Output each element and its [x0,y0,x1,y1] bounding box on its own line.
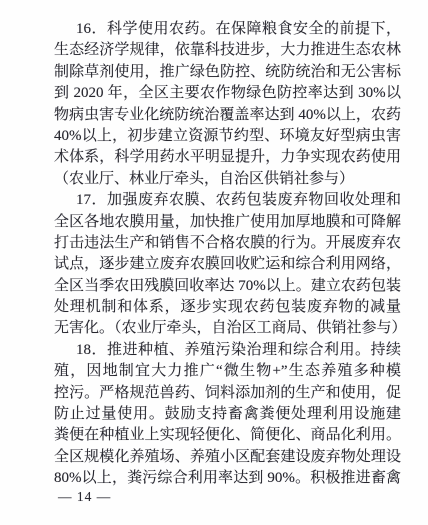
text-line: 制除草剂使用，推广绿色防控、统防统治和无公害标准化生产， [54,62,401,83]
text-line: 控污。严格规范兽药、饲料添加剂的生产和使用，促进源头减量， [54,383,401,404]
text-line: 17．加强废弃农膜、农药包装废弃物回收处理和利用。摸清 [54,190,401,211]
text-line: 全区规模化养殖场、养殖小区配套建设废弃物处理设施比例达到 [54,447,401,468]
text-line: 全区各地农膜用量，加快推广使用加厚地膜和可降解农膜，严厉 [54,212,401,233]
text-line: 粪便在种植业上实现轻便化、简便化、商品化利用。到 2020 年， [54,425,401,446]
text-line: 殖，因地制宜大力推广“微生物+”生态养殖多种模式，加强节水 [54,361,401,382]
text-line: 40%以上，初步建立资源节约型、环境友好型病虫害可持续治理技 [54,126,401,147]
text-line: 生态经济学规律，依靠科技进步，大力推进生态农林业，科学控 [54,40,401,61]
paragraph-item-17: 17．加强废弃农膜、农药包装废弃物回收处理和利用。摸清全区各地农膜用量，加快推广… [54,190,401,340]
text-line: 打击违法生产和销售不合格农膜的行为。开展废弃农膜回收利用 [54,233,401,254]
paragraph-item-16: 16．科学使用农药。在保障粮食安全的前提下，遵循生态学、生态经济学规律，依靠科技… [54,19,401,190]
text-line: 18．推进种植、养殖污染治理和综合利用。持续推进生态养 [54,340,401,361]
paragraph-item-18: 18．推进种植、养殖污染治理和综合利用。持续推进生态养殖，因地制宜大力推广“微生… [54,340,401,490]
text-line: 试点，逐步建立废弃农膜回收贮运和综合利用网络，到 2020 年， [54,254,401,275]
text-line: 全区当季农田残膜回收率达 70%以上。建立农药包装废弃物回收 [54,276,401,297]
text-line: 16．科学使用农药。在保障粮食安全的前提下，遵循生态学、 [54,19,401,40]
text-line: 防止过量使用。鼓励支持畜禽粪便处理利用设施建设，促进畜禽 [54,404,401,425]
document-body: 16．科学使用农药。在保障粮食安全的前提下，遵循生态学、生态经济学规律，依靠科技… [54,19,401,490]
text-line: 无害化。（农业厅牵头，自治区工商局、供销社参与） [54,318,401,339]
text-line: 术体系，科学用药水平明显提升，力争实现农药使用总量零增长。 [54,147,401,168]
text-line: 物病虫害专业化统防统治覆盖率达到 40%以上，农药利用率达到 [54,105,401,126]
text-line: 到 2020 年，全区主要农作物绿色防控率达到 30%以上，主要农作 [54,83,401,104]
text-line: 处理机制和体系，逐步实现农药包装废弃物的减量化、资源化、 [54,297,401,318]
page-number: — 14 — [58,489,111,505]
text-line: （农业厅、林业厅牵头，自治区供销社参与） [54,169,401,190]
text-line: 80%以上，粪污综合利用率达到 90%。积极推进畜禽粪便、秸秆 [54,468,401,489]
document-page: 16．科学使用农药。在保障粮食安全的前提下，遵循生态学、生态经济学规律，依靠科技… [0,0,428,525]
